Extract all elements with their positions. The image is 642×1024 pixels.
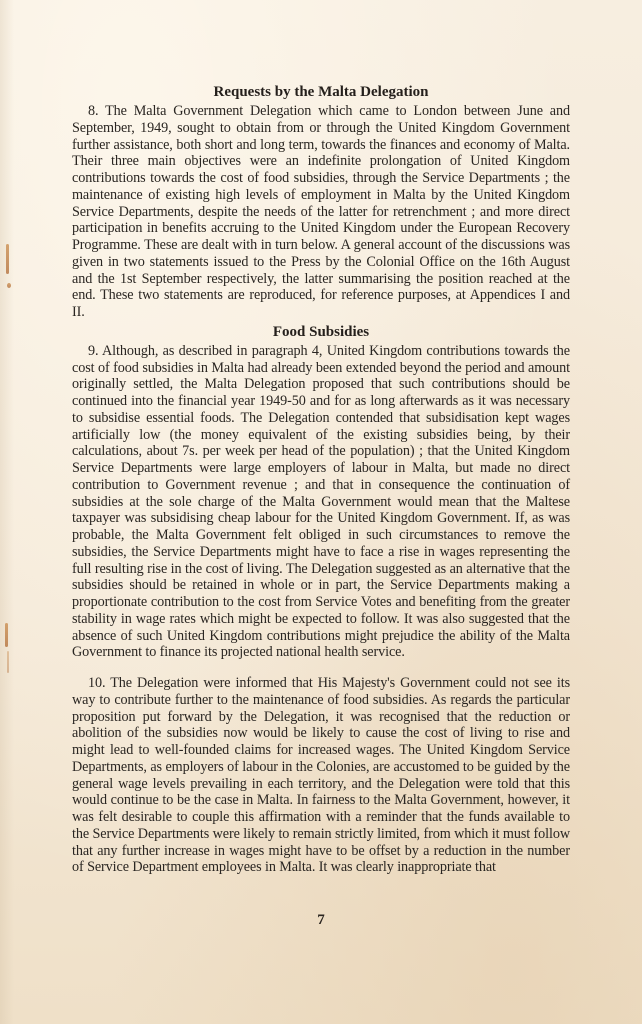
document-page: Requests by the Malta Delegation 8. The …: [72, 84, 570, 876]
paragraph-10: 10. The Delegation were informed that Hi…: [72, 675, 570, 876]
section-heading-requests: Requests by the Malta Delegation: [72, 84, 570, 101]
staple-rust-mark: [7, 651, 9, 673]
staple-rust-mark: [6, 244, 9, 274]
binding-shadow: [0, 0, 14, 1024]
paragraph-9: 9. Although, as described in paragraph 4…: [72, 343, 570, 661]
staple-rust-mark: [5, 623, 8, 647]
page-number: 7: [0, 912, 642, 929]
staple-rust-mark: [7, 283, 11, 288]
section-heading-food-subsidies: Food Subsidies: [72, 324, 570, 341]
paragraph-8: 8. The Malta Government Delegation which…: [72, 103, 570, 321]
